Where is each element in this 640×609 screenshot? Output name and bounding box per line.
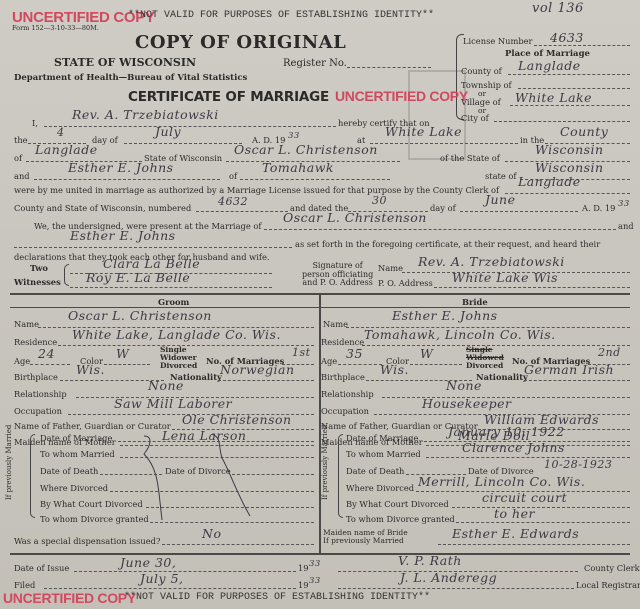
register-label: Register No. (283, 58, 347, 69)
document-title: COPY OF ORIGINAL (135, 32, 346, 53)
bride-prev-to-whom: Clarence Johns (462, 440, 565, 455)
bride-maiden-label-2: If previously Married (323, 537, 408, 545)
groom-prev-death-label: Date of Death (40, 466, 98, 476)
groom-heading: Groom (158, 297, 189, 307)
groom-age: 24 (38, 346, 55, 361)
month-line (124, 143, 242, 144)
groom-opt-divorced: Divorced (160, 362, 197, 370)
groom-prev-granted-label: To whom Divorce granted (40, 514, 149, 524)
place-line (370, 143, 518, 144)
witness-bride-line (14, 247, 292, 248)
groom-relationship-label: Relationship (14, 389, 67, 399)
numbered-text: County and State of Wisconsin, numbered (14, 203, 191, 213)
county-label: County of (461, 66, 502, 76)
uncertified-stamp-middle: UNCERTIFIED COPY (335, 88, 468, 104)
bride-maiden-line (438, 544, 630, 545)
dispensation-value: No (202, 526, 221, 541)
bride-marital-status-options: Single Widowed Divorced (466, 346, 504, 370)
license-day: 30 (372, 194, 387, 207)
filed-label: Filed (14, 580, 35, 590)
county-value: Langlade (518, 58, 581, 73)
date-of-issue: June 30, (120, 555, 176, 570)
bride-nationality: German Irish (524, 362, 614, 377)
officiant-name-label: Name (378, 263, 403, 273)
witnesses-label-bottom: Witnesses (14, 277, 61, 287)
dispensation-line (162, 544, 314, 545)
marriage-certificate-document: UNCERTIFIED COPY **NOT VALID FOR PURPOSE… (0, 0, 640, 609)
line4-and: and (14, 171, 30, 181)
groom-prev-strike-marks (138, 432, 258, 524)
issue-year: 33 (309, 559, 321, 569)
table-bottom-rule (10, 553, 630, 555)
line7-and: and (618, 221, 634, 231)
filed-year-prefix: 19 (298, 580, 309, 590)
license-year: 33 (618, 199, 630, 209)
bride-town-line (240, 179, 390, 180)
officiant-address: White Lake Wis (452, 270, 558, 285)
village-value: White Lake (515, 90, 592, 105)
license-numbered: 4632 (218, 195, 248, 208)
county-clerk-label: County Clerk (584, 563, 640, 573)
filed-year: 33 (309, 576, 321, 586)
groom-marriages: 1st (292, 346, 311, 359)
line4-bride: Esther E. Johns (68, 160, 174, 175)
marriage-place: White Lake (385, 124, 462, 139)
groom-residence: White Lake, Langlade Co. Wis. (72, 327, 281, 342)
bride-prev-marriage-label: Date of Marriage (346, 433, 418, 443)
bride-age-line (338, 364, 382, 365)
foregoing-text: as set forth in the foregoing certificat… (295, 239, 600, 249)
bride-age: 35 (346, 346, 363, 361)
form-number: Form 152—3-10-33—80M. (12, 24, 99, 32)
groom-occupation-label: Occupation (14, 406, 62, 416)
line4-of: of (229, 171, 237, 181)
clerk-county-line (505, 193, 630, 194)
bride-nationality-label: Nationality (476, 372, 528, 382)
officiant-handwritten: Rev. A. Trzebiatowski (72, 107, 219, 122)
license-month: June (485, 192, 516, 207)
local-registrar-label: Local Registrar (576, 580, 640, 590)
township-line (518, 88, 630, 89)
notice-top: **NOT VALID FOR PURPOSES OF ESTABLISHING… (128, 10, 434, 21)
bride-name-line (34, 179, 220, 180)
line3-county: Langlade (35, 142, 98, 157)
witness-groom-line (264, 229, 616, 230)
local-registrar-signature: J. L. Anderegg (400, 570, 497, 585)
groom-birthplace: Wis. (76, 362, 105, 377)
bride-birthplace-label: Birthplace (321, 372, 365, 382)
marriage-year: 33 (288, 131, 300, 141)
bride-prev-granted: to her (494, 506, 535, 521)
state-heading: STATE OF WISCONSIN (54, 56, 196, 69)
groom-previously-married-label: If previously Married (6, 425, 13, 500)
county-word: County (560, 124, 608, 139)
dispensation-label: Was a special dispensation issued? (14, 536, 160, 546)
city-line (494, 121, 630, 122)
bride-occupation: Housekeeper (422, 396, 512, 411)
dated-day-of-label: day of (430, 203, 456, 213)
line3-of: of (14, 153, 22, 163)
bride-maiden-label: Maiden name of Bride If previously Marri… (323, 529, 408, 545)
bride-prev-where-label: Where Divorced (346, 483, 414, 493)
filed-date: July 5, (140, 571, 184, 586)
register-field (347, 67, 431, 68)
officiant-address-label: P. O. Address (378, 278, 433, 288)
village-line (510, 105, 630, 106)
bride-prev-divorce-date: 10-28-1923 (544, 458, 612, 471)
license-issued-text: were by me united in marriage as authori… (14, 185, 499, 195)
witnesses-bracket (64, 264, 69, 286)
bride-prev-bracket (338, 434, 343, 518)
witness-bride: Esther E. Johns (70, 228, 176, 243)
signature-officiating-label: Signature of person officiating and P. O… (302, 262, 373, 288)
bride-name: Esther E. Johns (392, 308, 498, 323)
bride-color: W (420, 346, 433, 361)
line1-prefix: I, (32, 118, 38, 128)
groom-age-label: Age (14, 356, 30, 366)
license-number-value: 4633 (550, 30, 584, 45)
bride-previously-married-label: If previously Married (322, 425, 329, 500)
groom-relationship: None (148, 378, 184, 393)
bride-relationship: None (446, 378, 482, 393)
township-label: Township of (461, 80, 512, 90)
bride-name-label: Name (323, 319, 348, 329)
bride-opt-divorced: Divorced (466, 362, 504, 370)
county-line (508, 74, 630, 75)
bride-marriages: 2nd (598, 346, 621, 359)
witness2-signature: Roy E. La Belle (86, 270, 190, 285)
bride-nationality-line (524, 380, 630, 381)
county-clerk-signature: V. P. Rath (398, 553, 462, 568)
officiant-address-line (434, 287, 630, 288)
of-the-state-label: of the State of (440, 153, 500, 163)
groom-prev-to-whom-label: To whom Married (40, 449, 115, 459)
bride-age-label: Age (321, 356, 337, 366)
date-of-issue-line (74, 571, 296, 572)
bride-prev-death-label: Date of Death (346, 466, 404, 476)
line4-bride-state: Wisconsin (535, 160, 604, 175)
witness2-line (70, 287, 272, 288)
notice-bottom: **NOT VALID FOR PURPOSES OF ESTABLISHING… (124, 592, 430, 603)
line3-groom: Oscar L. Christenson (234, 142, 378, 157)
license-box-bracket (456, 34, 464, 120)
bride-occupation-label: Occupation (321, 406, 369, 416)
date-of-issue-label: Date of Issue (14, 563, 69, 573)
sig-label-line3: and P. O. Address (302, 279, 373, 288)
volume-note: vol 136 (532, 1, 584, 16)
department-line: Department of Health—Bureau of Vital Sta… (14, 73, 247, 83)
bride-residence: Tomahawk, Lincoln Co. Wis. (364, 327, 556, 342)
dated-month-line (460, 211, 578, 212)
groom-color-line (104, 364, 150, 365)
bride-prev-to-whom-label: To whom Married (346, 449, 421, 459)
groom-prev-marriage-label: Date of Marriage (40, 433, 112, 443)
groom-name-label: Name (14, 319, 39, 329)
bride-heading: Bride (462, 297, 488, 307)
license-number-label: License Number (463, 36, 533, 46)
bride-prev-marriage-date: January 10, 1922 (448, 424, 565, 439)
groom-nationality: Norwegian (220, 362, 295, 377)
groom-birthplace-label: Birthplace (14, 372, 58, 382)
groom-prev-where-label: Where Divorced (40, 483, 108, 493)
line4-bride-town: Tomahawk (262, 160, 334, 175)
bride-maiden-name: Esther E. Edwards (452, 526, 579, 541)
line3-groom-state: Wisconsin (535, 142, 604, 157)
groom-prev-court-label: By What Court Divorced (40, 499, 143, 509)
groom-father: Ole Christenson (182, 412, 292, 427)
groom-prev-bracket (30, 434, 35, 518)
witness1-signature: Clara La Belle (103, 256, 200, 271)
groom-father-label: Name of Father, Guardian or Curator (14, 421, 171, 431)
bride-prev-court-line (452, 507, 630, 508)
clerk-county: Langlade (518, 174, 581, 189)
local-registrar-line (338, 588, 574, 589)
groom-age-line (30, 364, 70, 365)
groom-color: W (116, 346, 129, 361)
bride-prev-court: circuit court (482, 490, 567, 505)
bride-prev-granted-line (456, 522, 630, 523)
city-label: City of (461, 113, 489, 123)
groom-occupation: Saw Mill Laborer (114, 396, 232, 411)
marriage-day: 4 (57, 126, 65, 139)
bride-prev-where: Merrill, Lincoln Co. Wis. (418, 474, 585, 489)
bride-birthplace: Wis. (380, 362, 409, 377)
groom-name: Oscar L. Christenson (68, 308, 212, 323)
filed-line (44, 588, 296, 589)
witnesses-label-top: Two (30, 263, 48, 273)
license-number-line (534, 45, 630, 46)
numbered-line (196, 211, 288, 212)
marriage-month: July (155, 124, 181, 139)
bride-relationship-label: Relationship (321, 389, 374, 399)
bride-prev-granted-label: To whom Divorce granted (346, 514, 455, 524)
dated-ad-label: A. D. 19 (582, 203, 615, 213)
witness-groom: Oscar L. Christenson (283, 210, 427, 225)
uncertified-stamp-bottom: UNCERTIFIED COPY (3, 590, 136, 606)
groom-marital-status-options: Single Widower Divorced (160, 346, 197, 370)
state-of-label: state of (485, 171, 517, 181)
bride-color-line (410, 364, 462, 365)
officiant-line (44, 126, 336, 127)
issue-year-prefix: 19 (298, 563, 309, 573)
certificate-title: CERTIFICATE OF MARRIAGE (128, 89, 329, 105)
groom-nationality-line (218, 380, 314, 381)
line2-the: the (14, 135, 28, 145)
bride-prev-court-label: By What Court Divorced (346, 499, 449, 509)
officiant-signature: Rev. A. Trzebiatowski (418, 254, 565, 269)
